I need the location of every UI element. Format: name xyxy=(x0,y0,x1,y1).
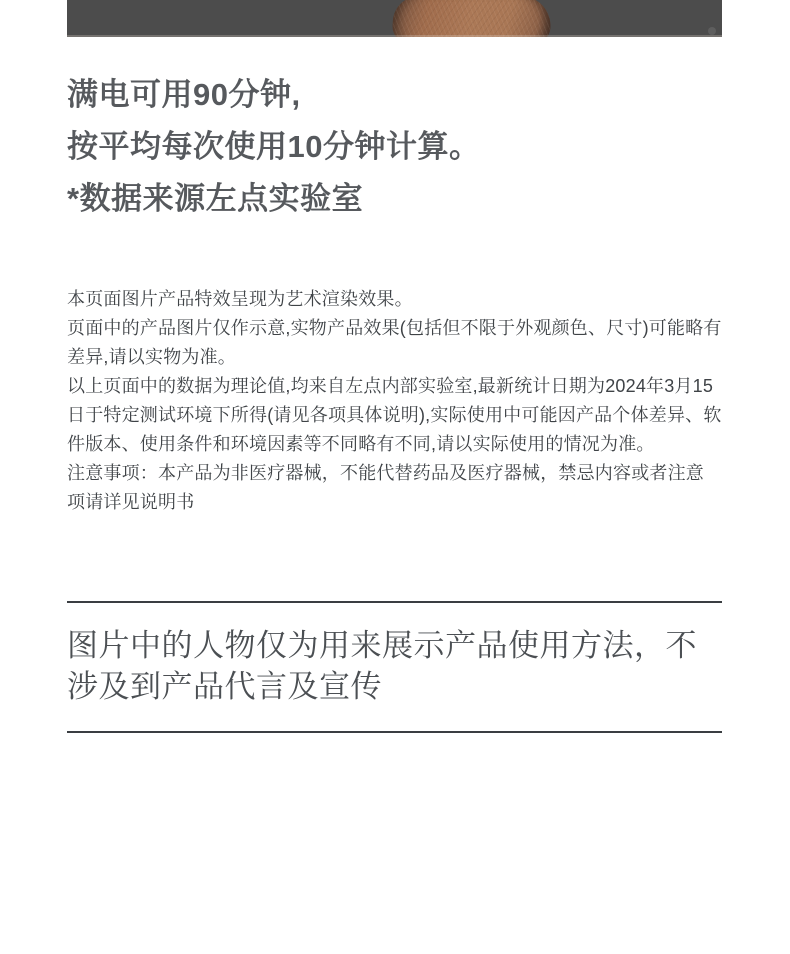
disclaimer-line-3: 差异,请以实物为准。 xyxy=(67,343,722,372)
disclaimer-line-2: 页面中的产品图片仅作示意,实物产品效果(包括但不限于外观颜色、尺寸)可能略有 xyxy=(67,314,722,343)
disclaimer-paragraph: 本页面图片产品特效呈现为艺术渲染效果。 页面中的产品图片仅作示意,实物产品效果(… xyxy=(67,285,722,517)
disclaimer-line-4: 以上页面中的数据为理论值,均来自左点内部实验室,最新统计日期为2024年3月15 xyxy=(67,372,722,401)
skin-arm-area xyxy=(391,0,552,37)
battery-claim-line-1: 满电可用90分钟, xyxy=(67,69,722,121)
model-usage-statement: 图片中的人物仅为用来展示产品使用方法，不 涉及到产品代言及宣传 xyxy=(67,625,722,707)
divider-top xyxy=(67,601,722,603)
photo-bottom-edge xyxy=(67,35,722,37)
product-detail-page: 满电可用90分钟, 按平均每次使用10分钟计算。 *数据来源左点实验室 本页面图… xyxy=(0,0,790,954)
faint-watermark xyxy=(708,27,716,35)
model-statement-line-2: 涉及到产品代言及宣传 xyxy=(67,666,722,707)
disclaimer-line-1: 本页面图片产品特效呈现为艺术渲染效果。 xyxy=(67,285,722,314)
product-photo-crop xyxy=(67,0,722,37)
battery-claim: 满电可用90分钟, 按平均每次使用10分钟计算。 *数据来源左点实验室 xyxy=(67,69,722,225)
battery-claim-source: *数据来源左点实验室 xyxy=(67,173,722,225)
disclaimer-line-5: 日于特定测试环境下所得(请见各项具体说明),实际使用中可能因产品个体差异、软 xyxy=(67,401,722,430)
disclaimer-line-7: 注意事项：本产品为非医疗器械，不能代替药品及医疗器械，禁忌内容或者注意 xyxy=(67,459,722,488)
battery-claim-line-2: 按平均每次使用10分钟计算。 xyxy=(67,121,722,173)
disclaimer-line-8: 项请详见说明书 xyxy=(67,488,722,517)
divider-bottom xyxy=(67,731,722,733)
model-statement-line-1: 图片中的人物仅为用来展示产品使用方法，不 xyxy=(67,625,722,666)
disclaimer-line-6: 件版本、使用条件和环境因素等不同略有不同,请以实际使用的情况为准。 xyxy=(67,430,722,459)
